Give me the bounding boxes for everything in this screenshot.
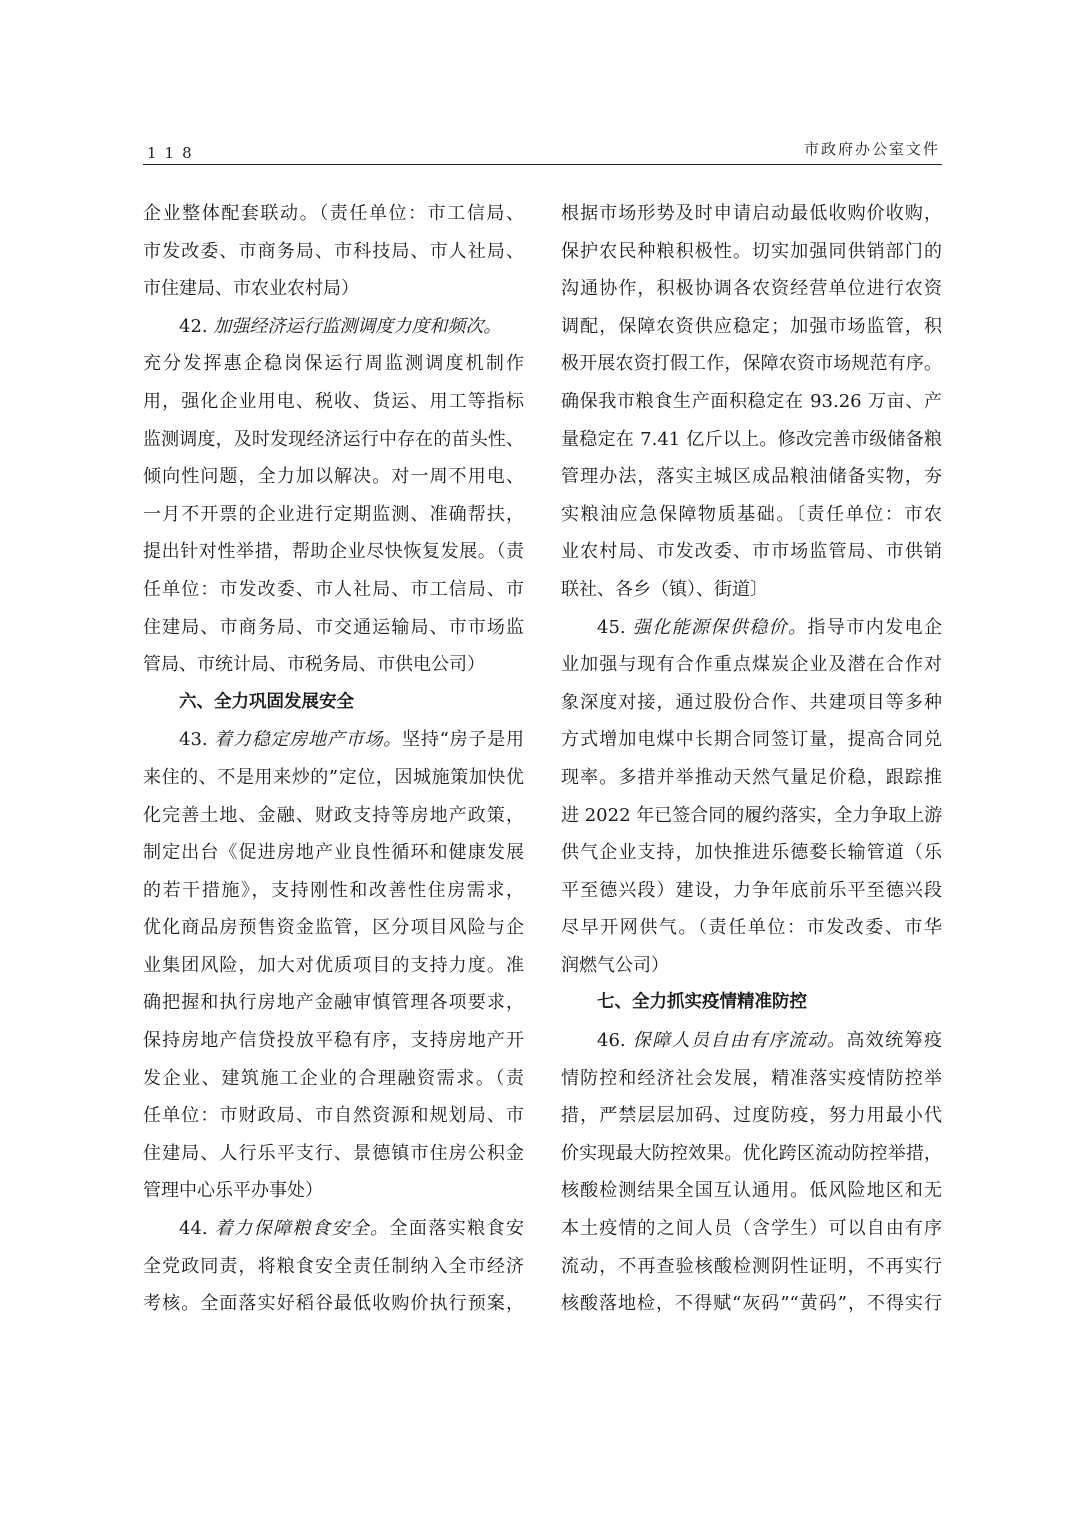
item-first-line: 43. 着力稳定房地产市场。坚持“房子是用 bbox=[143, 721, 524, 759]
text-line: 业集团风险，加大对优质项目的支持力度。准 bbox=[143, 947, 524, 985]
line-text: 的若干措施》，支持刚性和改善性住房需求， bbox=[143, 880, 524, 901]
text-line: 考核。全面落实好稻谷最低收购价执行预案， bbox=[143, 1285, 524, 1323]
line-text: 象深度对接，通过股份合作、共建项目等多种 bbox=[561, 692, 942, 713]
text-line: 化完善土地、金融、财政支持等房地产政策， bbox=[143, 797, 524, 835]
line-text: 保护农民种粮积极性。切实加强同供销部门的 bbox=[561, 241, 942, 262]
item-number: 44. bbox=[179, 1218, 215, 1239]
text-line: 全党政同责，将粮食安全责任制纳入全市经济 bbox=[143, 1248, 524, 1286]
line-text: 供气企业支持，加快推进乐德婺长输管道（乐 bbox=[561, 842, 942, 863]
text-line: 实粮油应急保障物质基础。〔责任单位：市农 bbox=[561, 496, 942, 534]
text-line: 供气企业支持，加快推进乐德婺长输管道（乐 bbox=[561, 834, 942, 872]
line-text: 充分发挥惠企稳岗保运行周监测调度机制作 bbox=[143, 353, 524, 374]
item-title: 强化能源保供稳价。 bbox=[633, 617, 808, 638]
line-text: 化完善土地、金融、财政支持等房地产政策， bbox=[143, 805, 524, 826]
line-text: 监测调度，及时发现经济运行中存在的苗头性、 bbox=[143, 429, 524, 450]
text-line: 根据市场形势及时申请启动最低收购价收购， bbox=[561, 195, 942, 233]
line-text: 本土疫情的之间人员（含学生）可以自由有序 bbox=[561, 1218, 942, 1239]
line-text: 量稳定在 7.41 亿斤以上。修改完善市级储备粮 bbox=[561, 429, 942, 450]
section-heading: 七、全力抓实疫情精准防控 bbox=[561, 984, 942, 1022]
text-line: 情防控和经济社会发展，精准落实疫情防控举 bbox=[561, 1060, 942, 1098]
line-text: 管理中心乐平办事处） bbox=[143, 1180, 323, 1201]
text-line: 市住建局、市农业农村局） bbox=[143, 270, 524, 308]
item-number: 43. bbox=[179, 729, 214, 750]
text-line: 极开展农资打假工作，保障农资市场规范有序。 bbox=[561, 345, 942, 383]
text-line: 一月不开票的企业进行定期监测、准确帮扶， bbox=[143, 496, 524, 534]
text-line: 业农村局、市发改委、市市场监管局、市供销 bbox=[561, 533, 942, 571]
item-first-line: 45. 强化能源保供稳价。指导市内发电企 bbox=[561, 609, 942, 647]
text-line: 本土疫情的之间人员（含学生）可以自由有序 bbox=[561, 1210, 942, 1248]
line-text: 高效统筹疫 bbox=[846, 1030, 942, 1051]
text-line: 价实现最大防控效果。优化跨区流动防控举措， bbox=[561, 1135, 942, 1173]
text-line: 沟通协作，积极协调各农资经营单位进行农资 bbox=[561, 270, 942, 308]
line-text: 确把握和执行房地产金融审慎管理各项要求， bbox=[143, 992, 524, 1013]
text-line: 监测调度，及时发现经济运行中存在的苗头性、 bbox=[143, 421, 524, 459]
line-text: 尽早开网供气。（责任单位：市发改委、市华 bbox=[561, 917, 942, 938]
section-heading: 六、全力巩固发展安全 bbox=[143, 684, 524, 722]
line-text: 市住建局、市农业农村局） bbox=[143, 278, 359, 299]
text-line: 管理办法，落实主城区成品粮油储备实物，夯 bbox=[561, 458, 942, 496]
text-line: 现率。多措并举推动天然气量足价稳，跟踪推 bbox=[561, 759, 942, 797]
page-number: 118 bbox=[147, 144, 200, 162]
line-text: 住建局、人行乐平支行、景德镇市住房公积金 bbox=[143, 1143, 524, 1164]
line-text: 住建局、市商务局、市交通运输局、市市场监 bbox=[143, 617, 524, 638]
line-text: 平至德兴段）建设，力争年底前乐平至德兴段 bbox=[561, 880, 942, 901]
text-line: 联社、各乡（镇）、街道〕 bbox=[561, 571, 942, 609]
text-line: 管理中心乐平办事处） bbox=[143, 1172, 524, 1210]
line-text: 确保我市粮食生产面积稳定在 93.26 万亩、产 bbox=[561, 391, 942, 412]
item-number: 45. bbox=[597, 617, 633, 638]
line-text: 措，严禁层层加码、过度防疫，努力用最小代 bbox=[561, 1105, 942, 1126]
text-line: 用，强化企业用电、税收、货运、用工等指标 bbox=[143, 383, 524, 421]
text-line: 润燃气公司） bbox=[561, 947, 942, 985]
text-line: 尽早开网供气。（责任单位：市发改委、市华 bbox=[561, 909, 942, 947]
item-first-line: 42. 加强经济运行监测调度力度和频次。 bbox=[143, 308, 524, 346]
line-text: 管理办法，落实主城区成品粮油储备实物，夯 bbox=[561, 466, 942, 487]
line-text: 情防控和经济社会发展，精准落实疫情防控举 bbox=[561, 1068, 942, 1089]
line-text: 业集团风险，加大对优质项目的支持力度。准 bbox=[143, 955, 524, 976]
item-title: 着力稳定房地产市场。 bbox=[214, 729, 402, 750]
line-text: 坚持“房子是用 bbox=[402, 729, 524, 750]
text-line: 保护农民种粮积极性。切实加强同供销部门的 bbox=[561, 233, 942, 271]
text-line: 住建局、市商务局、市交通运输局、市市场监 bbox=[143, 609, 524, 647]
item-title: 保障人员自由有序流动。 bbox=[633, 1030, 847, 1051]
line-text: 用，强化企业用电、税收、货运、用工等指标 bbox=[143, 391, 524, 412]
text-line: 任单位：市财政局、市自然资源和规划局、市 bbox=[143, 1097, 524, 1135]
item-title: 加强经济运行监测调度力度和频次。 bbox=[213, 316, 501, 337]
text-line: 措，严禁层层加码、过度防疫，努力用最小代 bbox=[561, 1097, 942, 1135]
line-text: 方式增加电煤中长期合同签订量，提高合同兑 bbox=[561, 729, 942, 750]
text-line: 的若干措施》，支持刚性和改善性住房需求， bbox=[143, 872, 524, 910]
text-line: 量稳定在 7.41 亿斤以上。修改完善市级储备粮 bbox=[561, 421, 942, 459]
text-line: 住建局、人行乐平支行、景德镇市住房公积金 bbox=[143, 1135, 524, 1173]
line-text: 保持房地产信贷投放平稳有序，支持房地产开 bbox=[143, 1030, 524, 1051]
text-line: 企业整体配套联动。（责任单位：市工信局、 bbox=[143, 195, 524, 233]
line-text: 倾向性问题，全力加以解决。对一周不用电、 bbox=[143, 466, 524, 487]
item-first-line: 46. 保障人员自由有序流动。高效统筹疫 bbox=[561, 1022, 942, 1060]
text-line: 来住的、不是用来炒的”定位，因城施策加快优 bbox=[143, 759, 524, 797]
page-header: 118 市政府办公室文件 bbox=[143, 136, 942, 166]
text-line: 业加强与现有合作重点煤炭企业及潜在合作对 bbox=[561, 646, 942, 684]
text-line: 平至德兴段）建设，力争年底前乐平至德兴段 bbox=[561, 872, 942, 910]
line-text: 核酸检测结果全国互认通用。低风险地区和无 bbox=[561, 1180, 942, 1201]
line-text: 实粮油应急保障物质基础。〔责任单位：市农 bbox=[561, 504, 942, 525]
text-line: 核酸检测结果全国互认通用。低风险地区和无 bbox=[561, 1172, 942, 1210]
line-text: 企业整体配套联动。（责任单位：市工信局、 bbox=[143, 203, 524, 224]
text-line: 优化商品房预售资金监管，区分项目风险与企 bbox=[143, 909, 524, 947]
line-text: 来住的、不是用来炒的”定位，因城施策加快优 bbox=[143, 767, 524, 788]
line-text: 核酸落地检，不得赋“灰码”“黄码”，不得实行 bbox=[561, 1293, 942, 1314]
line-text: 价实现最大防控效果。优化跨区流动防控举措， bbox=[561, 1143, 942, 1164]
header-rule bbox=[143, 164, 942, 165]
text-line: 任单位：市发改委、市人社局、市工信局、市 bbox=[143, 571, 524, 609]
text-line: 进 2022 年已签合同的履约落实，全力争取上游 bbox=[561, 797, 942, 835]
text-line: 充分发挥惠企稳岗保运行周监测调度机制作 bbox=[143, 345, 524, 383]
line-text: 发企业、建筑施工企业的合理融资需求。（责 bbox=[143, 1068, 524, 1089]
text-line: 倾向性问题，全力加以解决。对一周不用电、 bbox=[143, 458, 524, 496]
item-number: 42. bbox=[179, 316, 213, 337]
line-text: 沟通协作，积极协调各农资经营单位进行农资 bbox=[561, 278, 942, 299]
line-text: 提出针对性举措，帮助企业尽快恢复发展。（责 bbox=[143, 541, 524, 562]
line-text: 指导市内发电企 bbox=[808, 617, 942, 638]
item-number: 46. bbox=[597, 1030, 633, 1051]
line-text: 润燃气公司） bbox=[561, 955, 669, 976]
right-column: 根据市场形势及时申请启动最低收购价收购，保护农民种粮积极性。切实加强同供销部门的… bbox=[561, 195, 942, 1323]
text-line: 确把握和执行房地产金融审慎管理各项要求， bbox=[143, 984, 524, 1022]
line-text: 业加强与现有合作重点煤炭企业及潜在合作对 bbox=[561, 654, 942, 675]
line-text: 全党政同责，将粮食安全责任制纳入全市经济 bbox=[143, 1256, 524, 1277]
line-text: 任单位：市财政局、市自然资源和规划局、市 bbox=[143, 1105, 524, 1126]
text-line: 核酸落地检，不得赋“灰码”“黄码”，不得实行 bbox=[561, 1285, 942, 1323]
line-text: 现率。多措并举推动天然气量足价稳，跟踪推 bbox=[561, 767, 942, 788]
line-text: 根据市场形势及时申请启动最低收购价收购， bbox=[561, 203, 942, 224]
item-title: 着力保障粮食安全。 bbox=[215, 1218, 390, 1239]
line-text: 任单位：市发改委、市人社局、市工信局、市 bbox=[143, 579, 524, 600]
text-line: 流动，不再查验核酸检测阴性证明，不再实行 bbox=[561, 1248, 942, 1286]
line-text: 调配，保障农资供应稳定；加强市场监管，积 bbox=[561, 316, 942, 337]
line-text: 极开展农资打假工作，保障农资市场规范有序。 bbox=[561, 353, 942, 374]
line-text: 全面落实粮食安 bbox=[390, 1218, 524, 1239]
line-text: 优化商品房预售资金监管，区分项目风险与企 bbox=[143, 917, 524, 938]
line-text: 流动，不再查验核酸检测阴性证明，不再实行 bbox=[561, 1256, 942, 1277]
text-line: 发企业、建筑施工企业的合理融资需求。（责 bbox=[143, 1060, 524, 1098]
item-first-line: 44. 着力保障粮食安全。全面落实粮食安 bbox=[143, 1210, 524, 1248]
line-text: 市发改委、市商务局、市科技局、市人社局、 bbox=[143, 241, 524, 262]
text-line: 方式增加电煤中长期合同签订量，提高合同兑 bbox=[561, 721, 942, 759]
left-column: 企业整体配套联动。（责任单位：市工信局、市发改委、市商务局、市科技局、市人社局、… bbox=[143, 195, 524, 1323]
text-line: 象深度对接，通过股份合作、共建项目等多种 bbox=[561, 684, 942, 722]
line-text: 管局、市统计局、市税务局、市供电公司） bbox=[143, 654, 485, 675]
line-text: 业农村局、市发改委、市市场监管局、市供销 bbox=[561, 541, 942, 562]
line-text: 联社、各乡（镇）、街道〕 bbox=[561, 579, 768, 600]
text-line: 提出针对性举措，帮助企业尽快恢复发展。（责 bbox=[143, 533, 524, 571]
text-line: 管局、市统计局、市税务局、市供电公司） bbox=[143, 646, 524, 684]
text-line: 调配，保障农资供应稳定；加强市场监管，积 bbox=[561, 308, 942, 346]
line-text: 一月不开票的企业进行定期监测、准确帮扶， bbox=[143, 504, 524, 525]
running-title: 市政府办公室文件 bbox=[804, 138, 940, 159]
text-line: 市发改委、市商务局、市科技局、市人社局、 bbox=[143, 233, 524, 271]
line-text: 制定出台《促进房地产业良性循环和健康发展 bbox=[143, 842, 524, 863]
text-line: 保持房地产信贷投放平稳有序，支持房地产开 bbox=[143, 1022, 524, 1060]
line-text: 进 2022 年已签合同的履约落实，全力争取上游 bbox=[561, 805, 942, 826]
text-line: 确保我市粮食生产面积稳定在 93.26 万亩、产 bbox=[561, 383, 942, 421]
text-line: 制定出台《促进房地产业良性循环和健康发展 bbox=[143, 834, 524, 872]
line-text: 考核。全面落实好稻谷最低收购价执行预案， bbox=[143, 1293, 524, 1314]
